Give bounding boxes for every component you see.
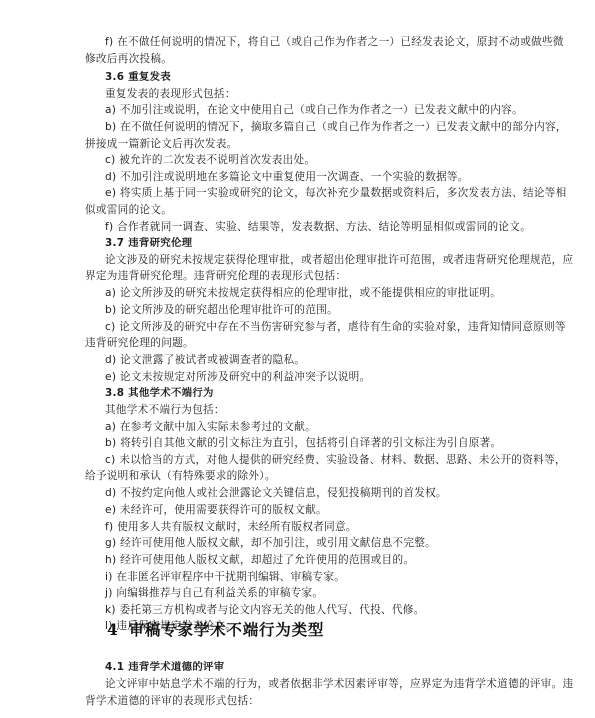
text-line: a) 在参考文献中加入实际未参考过的文献。 [105,420,316,434]
text-line: b) 论文所涉及的研究超出伦理审批许可的范围。 [105,303,338,317]
text-line: b) 将转引自其他文献的引文标注为直引，包括将引自译著的引文标注为引自原著。 [105,436,501,450]
text-line: k) 委托第三方机构或者与论文内容无关的他人代写、代投、代修。 [105,603,425,617]
text-line: 重复发表的表现形式包括： [105,87,236,101]
text-line: e) 将实质上基于同一实验或研究的论文，每次补充少量数据或资料后，多次发表方法、… [105,186,537,200]
subheading-4-1: 4.1 违背学术道德的评审 [105,660,224,674]
paragraph-line: 背学术道德的评审的表现形式包括： [85,694,259,708]
text-line: f) 使用多人共有版权文献时，未经所有版权者同意。 [105,520,357,534]
text-line: c) 被允许的二次发表不说明首次发表出处。 [105,153,315,167]
text-line: 其他学术不端行为包括： [105,403,225,417]
text-line: g) 经许可使用他人版权文献，却不加引注，或引用文献信息不完整。 [105,536,436,550]
section-number: 4 [107,620,119,639]
text-line: a) 不加引注或说明，在论文中使用自己（或自己作为作者之一）已发表文献中的内容。 [105,103,523,117]
text-line: d) 不按约定向他人或社会泄露论文关键信息，侵犯投稿期刊的首发权。 [105,486,447,500]
text-line: 给予说明和承认（有特殊要求的除外）。 [85,469,276,483]
subheading: 3.8 其他学术不端行为 [105,386,214,400]
text-line: 论文涉及的研究未按规定获得伦理审批，或者超出伦理审批许可范围，或者违背研究伦理规… [105,253,537,267]
text-line: 界定为违背研究伦理。违背研究伦理的表现形式包括： [85,269,346,283]
document-page: f) 在不做任何说明的情况下，将自己（或自己作为作者之一）已经发表论文，原封不动… [0,0,595,718]
paragraph-line: 论文评审中姑息学术不端的行为，或者依据非学术因素评审等，应界定为违背学术道德的评… [105,677,537,691]
section-title: 审稿专家学术不端行为类型 [129,620,325,639]
text-line: b) 在不做任何说明的情况下，摘取多篇自己（或自己作为作者之一）已发表文献中的部… [105,120,537,134]
text-line: 拼接成一篇新论文后再次发表。 [85,137,238,151]
text-line: e) 论文未按规定对所涉及研究中的利益冲突予以说明。 [105,370,370,384]
text-line: a) 论文所涉及的研究未按规定获得相应的伦理审批，或不能提供相应的审批证明。 [105,286,501,300]
text-line: e) 未经许可，使用需要获得许可的版权文献。 [105,503,327,517]
subheading: 3.6 重复发表 [105,70,171,84]
subheading: 3.7 违背研究伦理 [105,236,192,250]
text-line: f) 在不做任何说明的情况下，将自己（或自己作为作者之一）已经发表论文，原封不动… [105,35,537,49]
text-line: 似或雷同的论文。 [85,203,172,217]
text-line: c) 未以恰当的方式，对他人提供的研究经费、实验设备、材料、数据、思路、未公开的… [105,453,537,467]
text-line: j) 向编辑推荐与自己有利益关系的审稿专家。 [105,586,323,600]
text-line: c) 论文所涉及的研究中存在不当伤害研究参与者，虐待有生命的实验对象，违背知情同… [105,320,537,334]
section-heading-4: 4审稿专家学术不端行为类型 [107,620,324,640]
text-line: i) 在非匿名评审程序中干扰期刊编辑、审稿专家。 [105,570,345,584]
text-line: d) 论文泄露了被试者或被调查者的隐私。 [105,353,305,367]
text-line: 违背研究伦理的问题。 [85,336,194,350]
text-line: f) 合作者就同一调查、实验、结果等，发表数据、方法、结论等明显相似或雷同的论文… [105,220,531,234]
text-line: d) 不加引注或说明地在多篇论文中重复使用一次调查、一个实验的数据等。 [105,170,469,184]
text-line: 修改后再次投稿。 [85,52,172,66]
text-line: h) 经许可使用他人版权文献，却超过了允许使用的范围或目的。 [105,553,414,567]
